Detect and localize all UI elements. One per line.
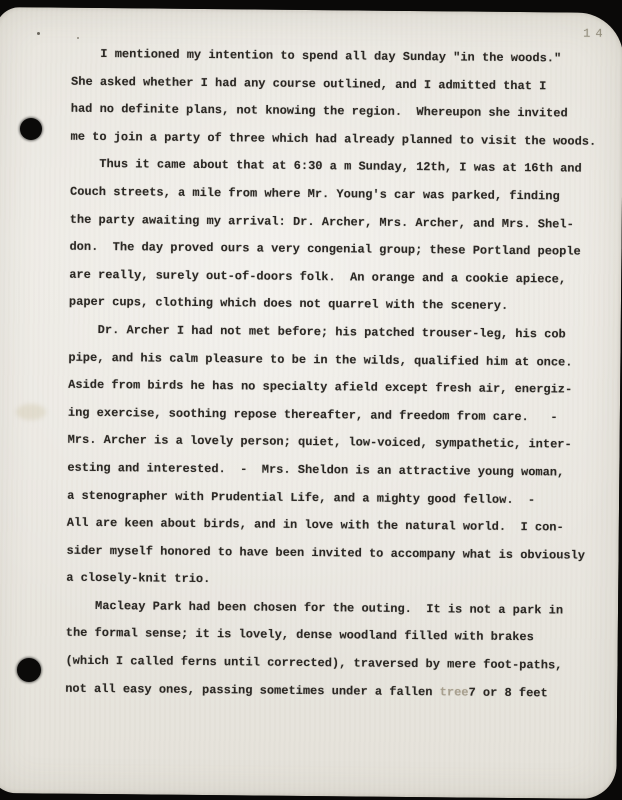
paper-stain: [16, 404, 46, 420]
page-number: 14: [583, 27, 608, 41]
dust-speck: [77, 37, 79, 39]
paper-sheet: 14 I mentioned my intention to spend all…: [0, 7, 622, 799]
faded-word: tree: [440, 685, 469, 699]
line-segment: not all easy ones, passing sometimes und…: [65, 681, 440, 699]
hole-punch-bottom: [17, 658, 41, 682]
typewritten-text: I mentioned my intention to spend all da…: [65, 41, 617, 708]
scanned-page: 14 I mentioned my intention to spend all…: [0, 0, 622, 800]
line-segment: 7 or 8 feet: [468, 685, 547, 700]
hole-punch-top: [20, 118, 42, 140]
dust-speck: [37, 32, 40, 35]
typewritten-line-last: not all easy ones, passing sometimes und…: [65, 675, 611, 708]
